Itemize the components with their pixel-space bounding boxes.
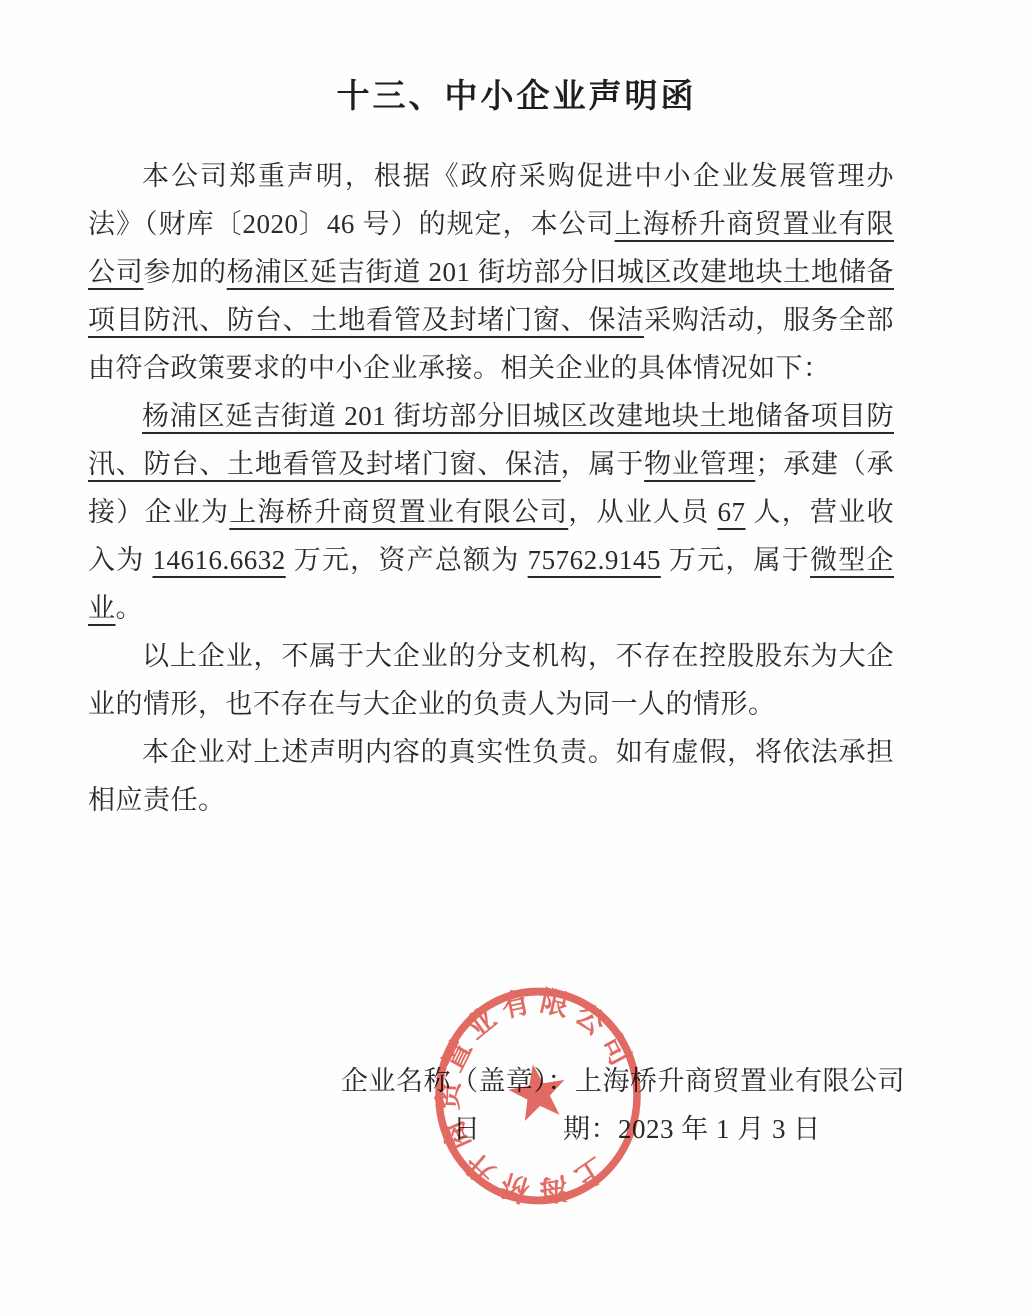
underlined-text: 75762.9145 [528, 545, 661, 575]
text-segment: 以上企业，不属于大企业的分支机构，不存在控股股东为大企业的情形，也不存在与大企业… [88, 641, 894, 719]
text-segment: 万元，资产总额为 [286, 545, 528, 575]
underlined-text: 14616.6632 [152, 545, 285, 575]
text-segment: ，属于 [561, 449, 644, 479]
company-name-label: 企业名称（盖章）： [341, 1066, 575, 1096]
text-segment: 。 [116, 593, 144, 623]
text-segment: 本企业对上述声明内容的真实性负责。如有虚假，将依法承担相应责任。 [88, 737, 894, 815]
date-line: 日 期：2023 年 1 月 3 日 [341, 1105, 905, 1153]
company-name-line: 企业名称（盖章）：上海桥升商贸置业有限公司 [341, 1057, 905, 1105]
paragraph: 杨浦区延吉街道 201 街坊部分旧城区改建地块土地储备项目防汛、防台、土地看管及… [88, 392, 894, 632]
text-segment: 万元，属于 [661, 545, 810, 575]
document-title: 十三、中小企业声明函 [0, 70, 1033, 117]
underlined-text: 物业管理 [644, 449, 755, 479]
signature-block: 企业名称（盖章）：上海桥升商贸置业有限公司 日 期：2023 年 1 月 3 日 [341, 1057, 905, 1153]
paragraph: 以上企业，不属于大企业的分支机构，不存在控股股东为大企业的情形，也不存在与大企业… [88, 632, 894, 728]
document-body: 本公司郑重声明，根据《政府采购促进中小企业发展管理办法》（财库〔2020〕46 … [88, 152, 894, 824]
document-page: 十三、中小企业声明函 本公司郑重声明，根据《政府采购促进中小企业发展管理办法》（… [0, 0, 1033, 1316]
date-value: 2023 年 1 月 3 日 [618, 1114, 821, 1144]
paragraph: 本企业对上述声明内容的真实性负责。如有虚假，将依法承担相应责任。 [88, 728, 894, 824]
paragraph: 本公司郑重声明，根据《政府采购促进中小企业发展管理办法》（财库〔2020〕46 … [88, 152, 894, 392]
underlined-text: 上海桥升商贸置业有限公司 [229, 497, 568, 527]
underlined-text: 67 [718, 497, 746, 527]
date-label: 日 期： [453, 1114, 618, 1144]
text-segment: ，从业人员 [568, 497, 717, 527]
company-name-value: 上海桥升商贸置业有限公司 [575, 1066, 905, 1096]
text-segment: 参加的 [144, 257, 227, 287]
